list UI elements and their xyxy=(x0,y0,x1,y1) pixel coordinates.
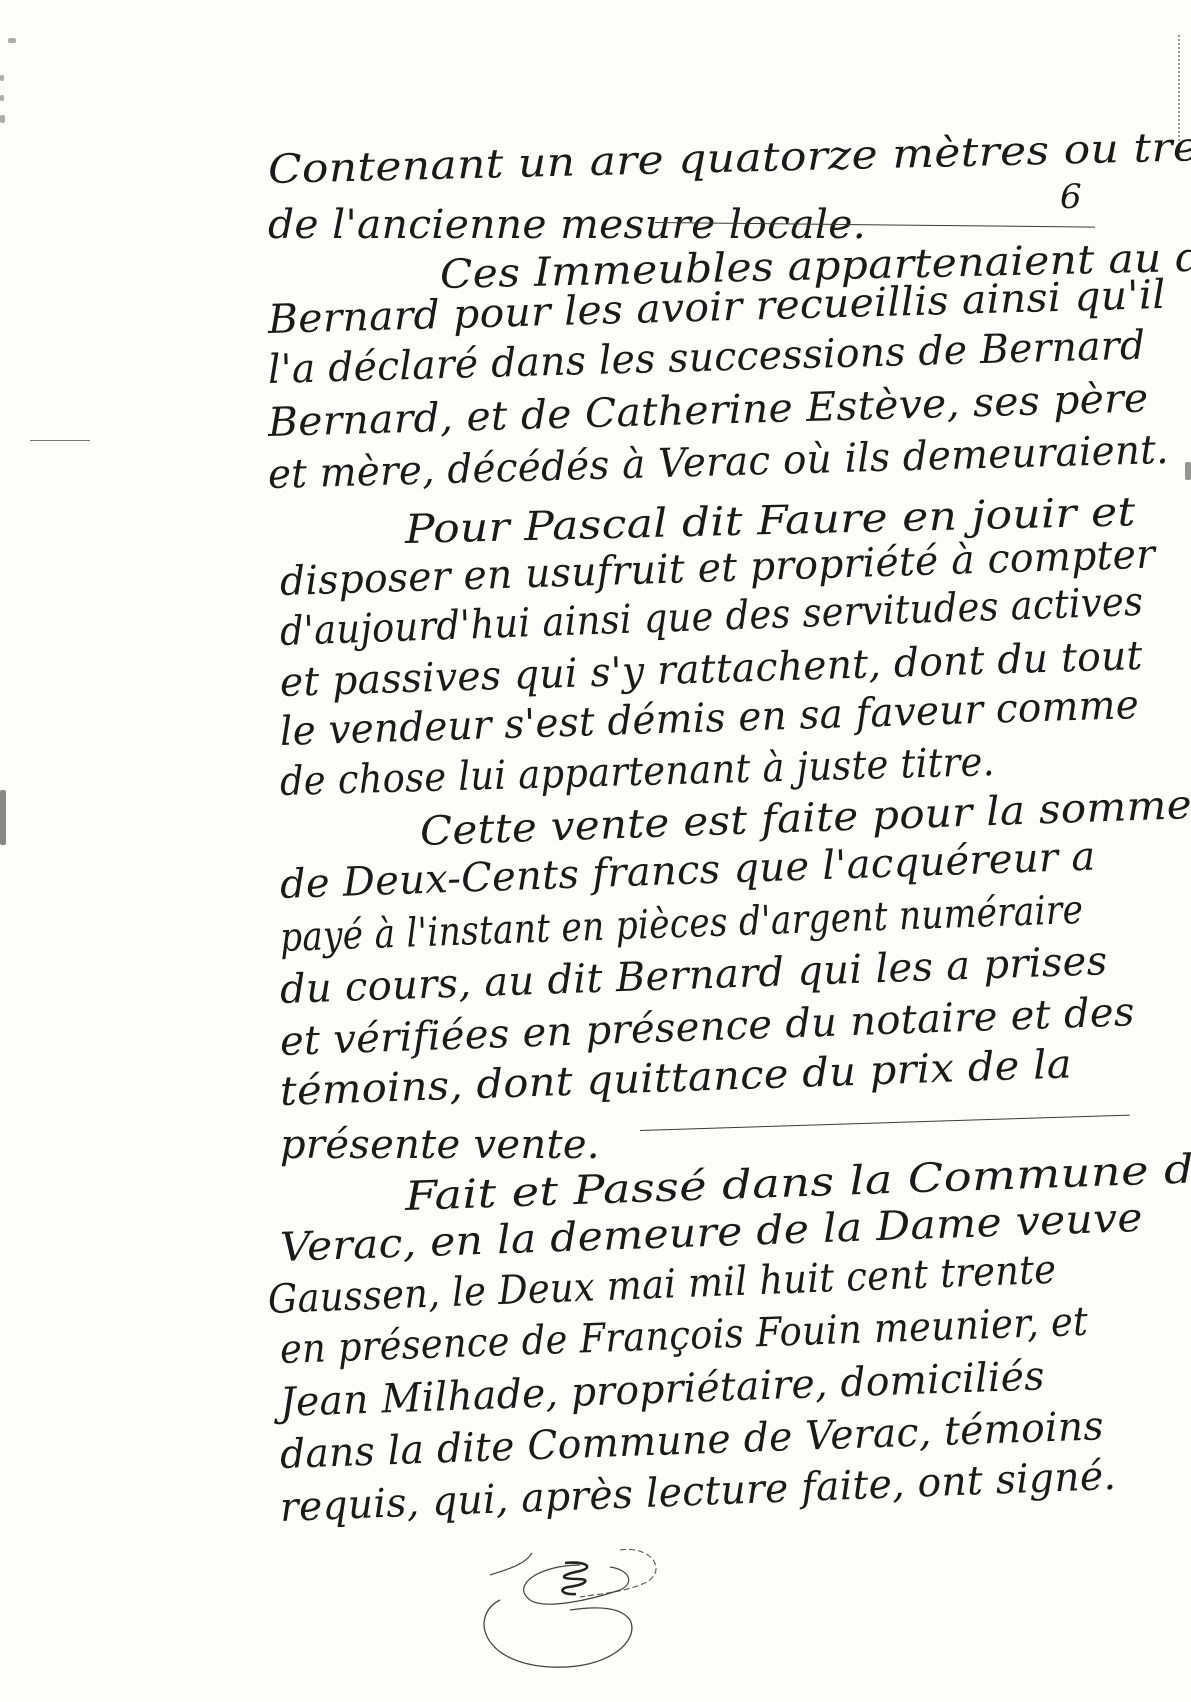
text-line: de l'ancienne mesure locale. xyxy=(268,205,866,245)
edge-mark xyxy=(0,75,4,81)
marginal-note: 6 xyxy=(1060,180,1082,214)
edge-mark xyxy=(8,38,16,43)
edge-mark xyxy=(1185,462,1191,480)
edge-mark xyxy=(0,790,6,845)
manuscript-page: Contenant un are quatorze mètres ou tren… xyxy=(0,0,1191,1702)
line-fill-rule xyxy=(640,1115,1130,1131)
signature-paraph xyxy=(470,1545,670,1675)
left-margin-dash xyxy=(30,440,90,441)
text-line: présente vente. xyxy=(280,1125,600,1165)
edge-mark xyxy=(0,115,5,123)
text-line: Contenant un are quatorze mètres ou tren… xyxy=(268,121,1191,190)
edge-mark xyxy=(0,95,4,101)
